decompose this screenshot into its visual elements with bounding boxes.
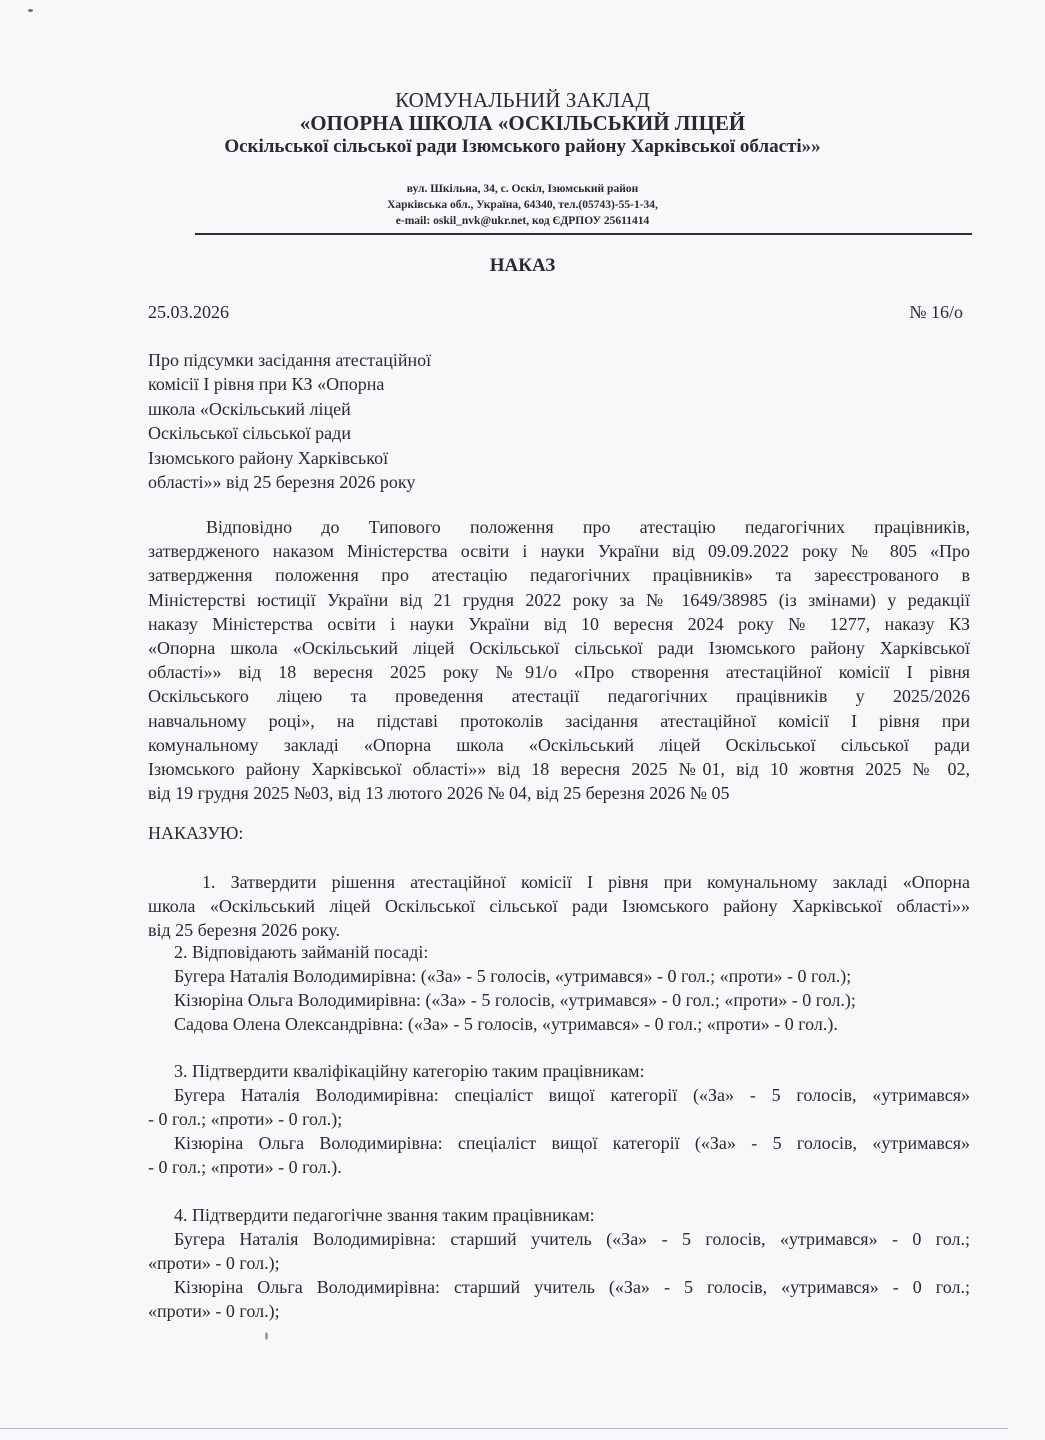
subject-line: Про підсумки засідання атестаційної xyxy=(148,348,431,372)
order-item-2-heading: 2. Відповідають займаній посаді: xyxy=(174,942,428,963)
item-4-row-cont: «проти» - 0 гол.); xyxy=(148,1253,280,1274)
preamble-line: навчальному році», на підставі протоколі… xyxy=(148,709,970,733)
subject-line: школа «Оскільський ліцей xyxy=(148,397,431,421)
order-item-3-heading: 3. Підтвердити кваліфікаційну категорію … xyxy=(174,1061,645,1082)
scan-speck xyxy=(265,1332,268,1340)
institution-type: КОМУНАЛЬНИЙ ЗАКЛАД xyxy=(0,88,1045,113)
item-2-row: Бугера Наталія Володимирівна: («За» - 5 … xyxy=(174,966,851,987)
item-4-row: Бугера Наталія Володимирівна: старший уч… xyxy=(174,1229,970,1250)
institution-affiliation: Оскільської сільської ради Ізюмського ра… xyxy=(0,136,1045,158)
item-3-row-cont: - 0 гол.; «проти» - 0 гол.); xyxy=(148,1109,342,1130)
preamble-line: затвердженого наказом Міністерства освіт… xyxy=(148,539,970,563)
item-2-row: Кізюріна Ольга Володимирівна: («За» - 5 … xyxy=(174,990,856,1011)
page-edge-line xyxy=(0,1428,1008,1429)
order-item-4-heading: 4. Підтвердити педагогічне звання таким … xyxy=(174,1205,595,1226)
address-street: вул. Шкільна, 34, с. Оскіл, Ізюмський ра… xyxy=(0,181,1045,197)
preamble-paragraph: Відповідно до Типового положення про ате… xyxy=(148,515,970,805)
item-line: від 25 березня 2026 року. xyxy=(148,918,970,942)
order-date: 25.03.2026 xyxy=(148,302,229,323)
item-3-row: Бугера Наталія Володимирівна: спеціаліст… xyxy=(174,1085,970,1106)
subject-line: Ізюмського району Харківської xyxy=(148,446,431,470)
preamble-line: області»» від 18 вересня 2025 року №91/о… xyxy=(148,660,970,684)
preamble-line: Міністерстві юстиції України від 21 груд… xyxy=(148,588,970,612)
subject-line: комісії І рівня при КЗ «Опорна xyxy=(148,372,431,396)
preamble-line: комунальному закладі «Опорна школа «Оскі… xyxy=(148,733,970,757)
item-3-row-cont: - 0 гол.; «проти» - 0 гол.). xyxy=(148,1157,342,1178)
scan-speck xyxy=(28,9,33,12)
item-2-row: Садова Олена Олександрівна: («За» - 5 го… xyxy=(174,1014,838,1035)
item-line: школа «Оскільський ліцей Оскільської сіл… xyxy=(148,894,970,918)
subject-line: Оскільської сільської ради xyxy=(148,421,431,445)
preamble-line: «Опорна школа «Оскільський ліцей Оскільс… xyxy=(148,636,970,660)
document-title: НАКАЗ xyxy=(0,255,1045,277)
preamble-line: від 19 грудня 2025 №03, від 13 лютого 20… xyxy=(148,781,970,805)
order-directive: НАКАЗУЮ: xyxy=(148,823,243,844)
preamble-line: наказу Міністерства освіти і науки Украї… xyxy=(148,612,970,636)
item-line: 1. Затвердити рішення атестаційної коміс… xyxy=(148,870,970,894)
order-number: № 16/о xyxy=(909,302,963,323)
item-3-row: Кізюріна Ольга Володимирівна: спеціаліст… xyxy=(174,1133,970,1154)
preamble-line: Відповідно до Типового положення про ате… xyxy=(148,515,970,539)
preamble-line: Оскільського ліцею та проведення атестац… xyxy=(148,684,970,708)
letterhead-divider xyxy=(195,233,972,235)
subject-line: області»» від 25 березня 2026 року xyxy=(148,470,431,494)
institution-name: «ОПОРНА ШКОЛА «ОСКІЛЬСЬКИЙ ЛІЦЕЙ xyxy=(0,111,1045,136)
item-4-row-cont: «проти» - 0 гол.); xyxy=(148,1301,280,1322)
address-email-code: e-mail: oskil_nvk@ukr.net, код ЄДРПОУ 25… xyxy=(0,213,1045,229)
preamble-line: затвердження положення про атестацію пед… xyxy=(148,563,970,587)
order-subject: Про підсумки засідання атестаційної комі… xyxy=(148,348,431,494)
address-region-phone: Харківська обл., Україна, 64340, тел.(05… xyxy=(0,197,1045,213)
preamble-line: Ізюмського району Харківської області»» … xyxy=(148,757,970,781)
item-4-row: Кізюріна Ольга Володимирівна: старший уч… xyxy=(174,1277,970,1298)
order-item-1: 1. Затвердити рішення атестаційної коміс… xyxy=(148,870,970,943)
